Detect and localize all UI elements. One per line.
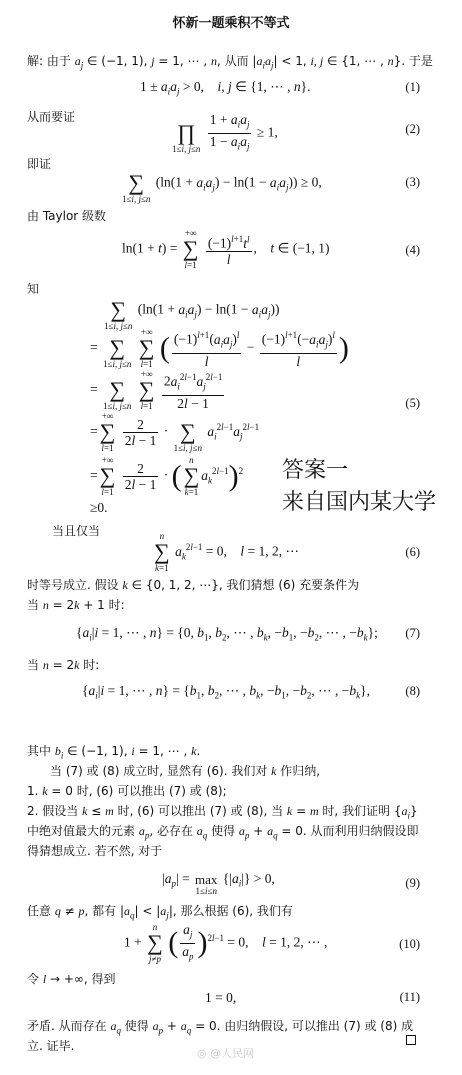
equation-9: |ap| = max1≤i≤n {|ai|} > 0, — [162, 864, 275, 896]
footer-watermark: ◎ @人民网 — [197, 1045, 254, 1061]
paragraph-inductive-step-2: 中绝对值最大的元素 ap, 必存在 aq 使得 ap + aq = 0. 从而利… — [27, 822, 419, 840]
equation-3: ∑1≤i, j≤n (ln(1 + aiaj) − ln(1 − aiaj)) … — [120, 163, 322, 204]
paragraph-induction: 当 (7) 或 (8) 成立时, 显然有 (6). 我们对 k 作归纳, — [50, 762, 320, 779]
paragraph-conjecture: 时等号成立. 假设 k ∈ {0, 1, 2, ⋯}, 我们猜想 (6) 充要条… — [27, 576, 359, 593]
equation-number-1: (1) — [405, 80, 420, 95]
paragraph-know: 知 — [27, 280, 39, 297]
equation-number-7: (7) — [405, 626, 420, 641]
paragraph-iff: 当且仅当 — [52, 522, 100, 539]
equation-number-3: (3) — [405, 175, 420, 190]
paragraph-any-q: 任意 q ≠ p, 都有 |aq| < |aj|, 那么根据 (6), 我们有 — [27, 902, 293, 920]
paragraph-where: 其中 bi ∈ (−1, 1), i = 1, ⋯ , k. — [27, 742, 200, 760]
watermark-line-2: 来自国内某大学 — [282, 487, 436, 519]
qed-square-icon — [406, 1035, 416, 1045]
paragraph-base-case: 1. k = 0 时, (6) 可以推出 (7) 或 (8); — [27, 782, 227, 799]
equation-8: {ai|i = 1, ⋯ , n} = {b1, b2, ⋯ , bk, −b1… — [82, 683, 370, 701]
document-title: 怀新一题乘积不等式 — [0, 12, 462, 31]
equation-number-2: (2) — [405, 122, 420, 137]
watermark-overlay: 答案一 来自国内某大学 — [282, 455, 436, 519]
paragraph-taylor: 由 Taylor 级数 — [27, 207, 106, 224]
equation-6: n∑k=1 ak2l−1 = 0, l = 1, 2, ⋯ — [152, 532, 299, 573]
equation-10: 1 + n∑j≠p (ajap)2l−1 = 0, l = 1, 2, ⋯ , — [124, 922, 327, 964]
equation-11: 1 = 0, — [205, 990, 236, 1006]
paragraph-inductive-step: 2. 假设当 k ≤ m 时, (6) 可以推出 (7) 或 (8), 当 k … — [27, 802, 418, 820]
paragraph-to-prove: 从而要证 — [27, 108, 75, 125]
equation-4: ln(1 + t) = +∞∑l=1 (−1)l+1tll, t ∈ (−1, … — [122, 229, 330, 270]
equation-7: {ai|i = 1, ⋯ , n} = {0, b1, b2, ⋯ , bk, … — [76, 625, 378, 643]
equation-2: ∏1≤i, j≤n 1 + aiaj1 − aiaj ≥ 1, — [170, 112, 278, 154]
paragraph-even-case: 当 n = 2k 时: — [27, 656, 99, 673]
equation-number-5: (5) — [405, 396, 420, 411]
equation-number-11: (11) — [400, 990, 420, 1005]
equation-5-line-1: ∑1≤i, j≤n (ln(1 + aiaj) − ln(1 − aiaj)) — [102, 290, 279, 331]
equation-number-8: (8) — [405, 684, 420, 699]
equation-5-line-3: = ∑1≤i, j≤n +∞∑l=1 2ai2l−1aj2l−12l − 1 — [90, 370, 226, 411]
footer-watermark-text: @人民网 — [210, 1047, 254, 1060]
equation-5-line-5: =+∞∑l=1 22l − 1 · (n∑k=1ak2l−1)2 — [90, 456, 243, 497]
paragraph-namely-prove: 即证 — [27, 155, 51, 172]
paragraph-odd-case: 当 n = 2k + 1 时: — [27, 596, 125, 613]
watermark-line-1: 答案一 — [282, 455, 436, 487]
equation-number-9: (9) — [405, 876, 420, 891]
weibo-icon: ◎ — [197, 1047, 207, 1060]
equation-1: 1 ± aiaj > 0, i, j ∈ {1, ⋯ , n}. — [140, 79, 310, 97]
equation-5-line-6: ≥0. — [90, 500, 108, 516]
equation-number-10: (10) — [399, 937, 420, 952]
paragraph-inductive-step-3: 得猜想成立. 若不然, 对于 — [27, 842, 162, 859]
equation-5-line-2: = ∑1≤i, j≤n +∞∑l=1 ((−1)l+1(aiaj)ll − (−… — [90, 328, 349, 369]
paragraph-qed: 立. 证毕. — [27, 1037, 74, 1054]
equation-5-line-4: =+∞∑l=1 22l − 1 · ∑1≤i, j≤n ai2l−1aj2l−1 — [90, 412, 259, 453]
equation-number-4: (4) — [405, 243, 420, 258]
paragraph-solution-intro: 解: 由于 aj ∈ (−1, 1), j = 1, ⋯ , n, 从而 |ai… — [27, 52, 433, 70]
paragraph-contradiction: 矛盾. 从而存在 aq 使得 ap + aq = 0. 由归纳假设, 可以推出 … — [27, 1017, 413, 1035]
equation-number-6: (6) — [405, 545, 420, 560]
paragraph-limit: 令 l → +∞, 得到 — [27, 970, 116, 987]
